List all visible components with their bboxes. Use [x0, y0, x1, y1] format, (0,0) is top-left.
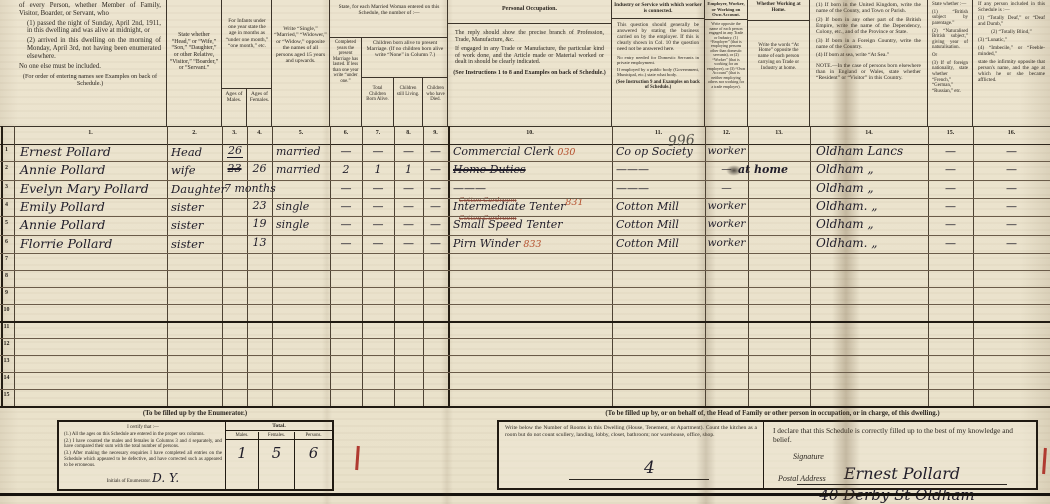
birthplace-note: NOTE.—In the case of persons born elsewh…	[816, 63, 921, 82]
row-number: 13	[0, 358, 13, 364]
empty-row: 13	[0, 355, 1050, 372]
occupation-p1: The reply should show the precise branch…	[450, 30, 609, 44]
totals-persons: Persons. 6	[295, 432, 332, 489]
person-row: 3Evelyn Mary PollardDaughter7 months————…	[0, 180, 1050, 198]
grid-hline	[0, 389, 1050, 390]
rooms-section: Write below the Number of Rooms in this …	[499, 422, 764, 488]
row-cell-name: Ernest Pollard	[20, 144, 173, 159]
row-cell-cd: —	[423, 237, 448, 250]
occupation-code: 030	[554, 147, 575, 158]
census-schedule-sheet: of every Person, whether Member of Famil…	[0, 0, 1050, 504]
athome-body: Write the words “At Home” opposite the n…	[750, 43, 807, 72]
occupation-text: Pirn Winder	[453, 237, 520, 250]
rooms-instruction: Write below the Number of Rooms in this …	[505, 425, 757, 438]
grid-hline	[0, 406, 1050, 408]
empty-row: 12	[0, 338, 1050, 355]
row-cell-bir: Oldham „	[816, 217, 934, 231]
initials-label: Initials of Enumerator.	[107, 479, 151, 484]
ages-females-header: Ages of Females.	[247, 88, 272, 126]
occupation-code: 833	[520, 239, 541, 250]
industry-pencil-code: 996	[667, 132, 695, 150]
grid-hline	[0, 338, 1050, 339]
row-cell-ym: —	[330, 218, 362, 231]
row-cell-ym: —	[330, 145, 362, 158]
occupation-p3: (See Instructions 1 to 8 and Examples on…	[450, 70, 609, 77]
row-cell-bir: Oldham Lancs	[816, 144, 934, 158]
marriage-years-header: Completed years the present Marriage has…	[330, 37, 362, 126]
occupation-p2: If engaged in any Trade or Manufacture, …	[450, 46, 609, 67]
row-cell-ym: —	[330, 182, 362, 195]
address-row: Postal Address 40 Derby St Oldham	[778, 468, 1030, 504]
totals-males: Males. 1	[226, 432, 259, 489]
empty-row: 8	[0, 270, 1050, 287]
grid-hline	[0, 372, 1050, 373]
header-marital-column: Write “Single,” “Married,” “Widower,” or…	[272, 0, 330, 126]
grid-hline	[0, 287, 1050, 288]
row-cell-ind: Cotton Mill	[616, 200, 709, 213]
birthplace-i2: (2) If born in any other part of the Bri…	[816, 17, 921, 36]
header-occupation-column: Personal Occupation. The reply should sh…	[448, 0, 612, 126]
empty-row: 14	[0, 372, 1050, 389]
row-number: 15	[0, 392, 13, 398]
row-cell-occ: Cotton CardroomSmall Speed Tenter	[453, 218, 617, 231]
rooms-value: 4	[644, 458, 655, 478]
column-number: 10.	[526, 130, 534, 136]
row-cell-cd: —	[423, 218, 448, 231]
row-cell-nat: —	[928, 145, 973, 158]
column-number: 3.	[232, 130, 237, 136]
persons-intro: of every Person, whether Member of Famil…	[19, 2, 161, 18]
row-cell-ym: 2	[330, 163, 362, 176]
row-number: 9	[0, 290, 13, 296]
row-cell-name: Florrie Pollard	[20, 236, 173, 251]
enumerator-box: I certify that :— (1.) All the ages on t…	[57, 420, 334, 491]
males-value: 1	[226, 444, 258, 462]
nationality-intro: State whether :—	[932, 2, 968, 8]
empty-row: 9	[0, 287, 1050, 304]
column-number: 6.	[344, 130, 349, 136]
row-cell-inf: —	[973, 182, 1050, 195]
person-row: 6Florrie Pollardsister13————Pirn Winder …	[0, 235, 1050, 253]
row-cell-occ: ———	[453, 182, 617, 195]
infirmity-outro: state the infirmity opposite that person…	[978, 60, 1045, 84]
column-number: 2.	[192, 130, 197, 136]
persons-value: 6	[295, 444, 332, 462]
declaration-section: I declare that this Schedule is correctl…	[763, 422, 1036, 488]
row-cell-occ: Pirn Winder 833	[453, 237, 617, 250]
row-cell-inf: —	[973, 237, 1050, 250]
row-cell-nat: —	[928, 237, 973, 250]
column-number: 5.	[299, 130, 304, 136]
certify-item2: (2.) I have counted the males and female…	[64, 439, 222, 451]
header-infants-column: For Infants under one year state the age…	[222, 0, 272, 126]
children-born-header: Total Children Born Alive.	[362, 77, 394, 126]
certify-item3: (3.) After making the necessary enquirie…	[64, 451, 222, 468]
ages-males-header: Ages of Males.	[222, 88, 247, 126]
row-cell-name: Emily Pollard	[20, 199, 173, 214]
row-number: 10	[0, 307, 13, 313]
row-cell-cd: —	[423, 163, 448, 176]
enumerator-initials: D. Y.	[152, 471, 179, 485]
marriage-group-title: State, for each Married Woman entered on…	[330, 0, 448, 37]
occupation-title: Personal Occupation.	[450, 6, 609, 13]
row-cell-cd: —	[423, 200, 448, 213]
empty-row: 7	[0, 253, 1050, 270]
row-number: 4	[0, 202, 13, 208]
row-cell-ind: ———	[616, 163, 709, 176]
sheet-bottom-edge	[0, 493, 1050, 496]
totals-title: Total.	[226, 422, 332, 431]
row-number: 8	[0, 273, 13, 279]
column-number: 9.	[433, 130, 438, 136]
address-label: Postal Address	[778, 474, 826, 483]
person-row: 5Annie Pollardsister19single————Cotton C…	[0, 216, 1050, 235]
nationality-i2: (2) “Naturalised British subject,” givin…	[932, 29, 968, 52]
certify-intro: I certify that :—	[64, 425, 222, 431]
grid-hline	[0, 270, 1050, 271]
row-number: 7	[0, 256, 13, 262]
row-cell-am: 26	[227, 144, 243, 158]
row-cell-cb: —	[362, 145, 394, 158]
header-infirmity-column: If any person included in this Schedule …	[973, 0, 1050, 126]
row-cell-inf: —	[973, 145, 1050, 158]
row-cell-mar: single	[276, 218, 334, 231]
red-tally-mark-right	[1042, 448, 1047, 474]
row-cell-ym: —	[330, 237, 362, 250]
persons-note2: (For order of entering names see Example…	[19, 73, 161, 87]
row-cell-bir: Oldham. „	[816, 199, 934, 213]
infants-text: For Infants under one year state the age…	[224, 18, 270, 49]
row-cell-cd: —	[423, 182, 448, 195]
children-born-text: Total Children Born Alive.	[364, 86, 391, 103]
males-label: Males.	[226, 432, 258, 440]
row-number: 3	[0, 184, 13, 190]
row-cell-cd: —	[423, 145, 448, 158]
grid-hline	[0, 180, 1050, 181]
marriage-group-text: State, for each Married Woman entered on…	[332, 4, 446, 16]
grid-hline	[0, 235, 1050, 236]
nationality-i1: (1) “British subject by parentage.”	[932, 10, 968, 27]
industry-p4: (See Instruction 9 and Examples on back …	[614, 80, 702, 91]
totals-table: Total. Males. 1 Females. 5 Persons. 6	[225, 422, 332, 489]
persons-item1: (1) passed the night of Sunday, April 2n…	[19, 20, 161, 36]
relationship-text: State whether “Head,” or “Wife,” “Son,” …	[169, 32, 219, 72]
persons-note1: No one else must be included.	[19, 63, 161, 71]
column-number: 7.	[376, 130, 381, 136]
row-cell-name: Annie Pollard	[20, 162, 173, 177]
row-cell-mar: single	[276, 200, 334, 213]
row-cell-af: 19	[247, 217, 272, 230]
row-cell-bir: Oldham. „	[816, 236, 934, 250]
column-number: 13.	[775, 130, 783, 136]
infirmity-intro: If any person included in this Schedule …	[978, 2, 1045, 14]
row-cell-am: 23	[222, 162, 247, 175]
header-persons-column: of every Person, whether Member of Famil…	[14, 0, 167, 126]
children-living-text: Children still Living.	[396, 86, 420, 97]
row-cell-occ: Home Duties	[453, 163, 617, 176]
row-cell-cl: —	[394, 182, 423, 195]
column-number: 11.	[655, 130, 662, 136]
row-cell-mar: married	[276, 145, 334, 158]
nationality-i3: (3) If of foreign nationality, state whe…	[932, 61, 968, 95]
totals-females: Females. 5	[259, 432, 295, 489]
occupation-text: Home Duties	[453, 163, 526, 176]
column-number: 8.	[406, 130, 411, 136]
industry-p2: No entry needed for Domestic Servants in…	[614, 55, 702, 66]
children-group-text: Children born alive to present Marriage.…	[364, 40, 446, 59]
column-number: 14.	[865, 130, 873, 136]
column-number: 1.	[88, 130, 93, 136]
row-cell-af: 13	[247, 236, 272, 249]
row-cell-emp: —	[705, 182, 748, 194]
industry-p3: If employed by a public body (Government…	[614, 67, 702, 78]
employer-body: Write opposite the name of each person e…	[707, 22, 745, 89]
row-cell-bir: Oldham „	[816, 181, 934, 195]
industry-p1: This question should generally be answer…	[614, 22, 702, 52]
nationality-or: Or	[932, 53, 968, 59]
row-number: 2	[0, 165, 13, 171]
row-cell-nat: —	[928, 200, 973, 213]
header-athome-column: Whether Working at Home. Write the words…	[748, 0, 810, 126]
column-number: 4.	[257, 130, 262, 136]
head-declaration-box: Write below the Number of Rooms in this …	[497, 420, 1038, 490]
infirmity-i1: (1) “Totally Deaf,” or “Deaf and Dumb,”	[978, 16, 1045, 28]
marriage-years-text: Completed years the present Marriage has…	[332, 40, 359, 84]
infirmity-i4: (4) “Imbecile,” or “Feeble-minded,”	[978, 46, 1045, 58]
employer-title: Whether Employer, Worker, or Working on …	[707, 0, 745, 17]
row-cell-bir: Oldham „	[816, 162, 934, 176]
infirmity-i2: (2) “Totally Blind,”	[978, 30, 1045, 36]
row-cell-rel: sister	[171, 237, 226, 251]
enumerator-certification: I certify that :— (1.) All the ages on t…	[61, 424, 225, 487]
row-cell-ind: Co op Society996	[616, 145, 709, 158]
column-number: 16.	[1008, 130, 1016, 136]
occupation-text: ———	[453, 182, 486, 195]
row-number: 12	[0, 341, 13, 347]
row-cell-rel: wife	[171, 163, 226, 177]
empty-row: 11	[0, 321, 1050, 338]
industry-title: Industry or Service with which worker is…	[614, 2, 702, 14]
column-number: 15.	[947, 130, 955, 136]
persons-item2: (2) arrived in this dwelling on the morn…	[19, 37, 161, 60]
declaration-text: I declare that this Schedule is correctl…	[773, 426, 1026, 444]
head-of-family-heading: (To be filled up by, or on behalf of, th…	[500, 410, 1045, 417]
grid-hline	[0, 216, 1050, 217]
row-cell-am: 7 months	[224, 182, 319, 195]
ages-females-label: Ages of Females.	[249, 91, 270, 103]
row-cell-emp: worker	[705, 200, 748, 212]
row-cell-emp: worker	[705, 145, 748, 157]
row-cell-home: at home	[738, 163, 800, 176]
children-living-header: Children still Living.	[394, 77, 423, 126]
row-number: 1	[0, 147, 13, 153]
row-cell-ind: Cotton Mill	[616, 218, 709, 231]
row-cell-nat: —	[928, 182, 973, 195]
row-number: 11	[0, 324, 13, 330]
row-cell-emp: worker	[705, 218, 748, 230]
females-label: Females.	[259, 432, 294, 440]
grid-hline	[0, 355, 1050, 356]
infants-note: For Infants under one year state the age…	[222, 0, 272, 88]
empty-row: 15	[0, 389, 1050, 406]
row-cell-af: 23	[247, 199, 272, 212]
header-industry-column: Industry or Service with which worker is…	[612, 0, 705, 126]
grid-hline	[0, 253, 1050, 254]
birthplace-i3: (3) If born in a Foreign Country, write …	[816, 38, 921, 51]
row-cell-rel: sister	[171, 218, 226, 232]
row-cell-cb: —	[362, 237, 394, 250]
children-group-header: Children born alive to present Marriage.…	[362, 37, 448, 77]
row-cell-occ: Commercial Clerk 030	[453, 145, 617, 158]
occupation-text: Commercial Clerk	[453, 145, 554, 158]
grid-hline	[0, 321, 1050, 323]
person-row: 4Emily Pollardsister23single————Cotton C…	[0, 198, 1050, 216]
row-cell-rel: Head	[171, 145, 226, 159]
row-cell-inf: —	[973, 200, 1050, 213]
red-tally-mark	[355, 446, 360, 470]
row-cell-ym: —	[330, 200, 362, 213]
enumerator-heading: (To be filled up by the Enumerator.)	[55, 410, 335, 417]
signature-label: Signature	[793, 452, 824, 461]
header-relationship-column: State whether “Head,” or “Wife,” “Son,” …	[167, 0, 222, 126]
birthplace-i1: (1) If born in the United Kingdom, write…	[816, 2, 921, 15]
row-cell-cl: 1	[394, 163, 423, 176]
athome-title: Whether Working at Home.	[750, 2, 807, 14]
person-row: 1Ernest PollardHead26married————Commerci…	[0, 143, 1050, 161]
row-cell-cl: —	[394, 200, 423, 213]
row-cell-rel: Daughter	[171, 182, 226, 196]
row-cell-cl: —	[394, 218, 423, 231]
birthplace-i4: (4) If born at sea, write “At Sea.”	[816, 52, 921, 58]
row-cell-name: Evelyn Mary Pollard	[20, 181, 173, 196]
header-employer-column: Whether Employer, Worker, or Working on …	[705, 0, 748, 126]
row-number: 5	[0, 220, 13, 226]
females-value: 5	[259, 444, 294, 462]
row-number: 14	[0, 375, 13, 381]
rooms-underline	[569, 479, 709, 480]
row-cell-inf: —	[973, 163, 1050, 176]
row-cell-nat: —	[928, 218, 973, 231]
row-cell-name: Annie Pollard	[20, 217, 173, 232]
row-cell-nat: —	[928, 163, 973, 176]
row-cell-cb: 1	[362, 163, 394, 176]
row-cell-emp: worker	[705, 237, 748, 249]
row-cell-ind: ———	[616, 182, 709, 195]
persons-label: Persons.	[295, 432, 332, 440]
column-number: 12.	[723, 130, 731, 136]
children-died-text: Children who have Died.	[425, 86, 446, 103]
row-cell-mar: married	[276, 163, 334, 176]
marital-text: Write “Single,” “Married,” “Widower,” or…	[274, 26, 327, 65]
row-cell-occ: Cotton CardroomIntermediate Tenter831	[453, 200, 617, 213]
row-cell-cb: —	[362, 200, 394, 213]
certify-item1: (1.) All the ages on this Schedule are e…	[64, 432, 222, 438]
row-cell-rel: sister	[171, 200, 226, 214]
row-cell-cb: —	[362, 182, 394, 195]
header-birthplace-column: (1) If born in the United Kingdom, write…	[810, 0, 928, 126]
ink-smudge	[726, 165, 742, 176]
row-number: 6	[0, 239, 13, 245]
row-cell-cl: —	[394, 145, 423, 158]
infirmity-i3: (3) “Lunatic,”	[978, 38, 1045, 44]
row-cell-af: 26	[247, 162, 272, 175]
row-cell-cl: —	[394, 237, 423, 250]
person-row: 2Annie Pollardwife2326married211—Home Du…	[0, 161, 1050, 180]
header-marriage-group: State, for each Married Woman entered on…	[330, 0, 448, 126]
grid-hline	[0, 304, 1050, 305]
grid-hline	[0, 198, 1050, 199]
row-cell-inf: —	[973, 218, 1050, 231]
empty-row: 10	[0, 304, 1050, 321]
ages-males-label: Ages of Males.	[224, 91, 244, 103]
row-cell-cb: —	[362, 218, 394, 231]
grid-hline	[0, 161, 1050, 162]
header-nationality-column: State whether :— (1) “British subject by…	[928, 0, 973, 126]
children-died-header: Children who have Died.	[423, 77, 448, 126]
row-cell-ind: Cotton Mill	[616, 237, 709, 250]
